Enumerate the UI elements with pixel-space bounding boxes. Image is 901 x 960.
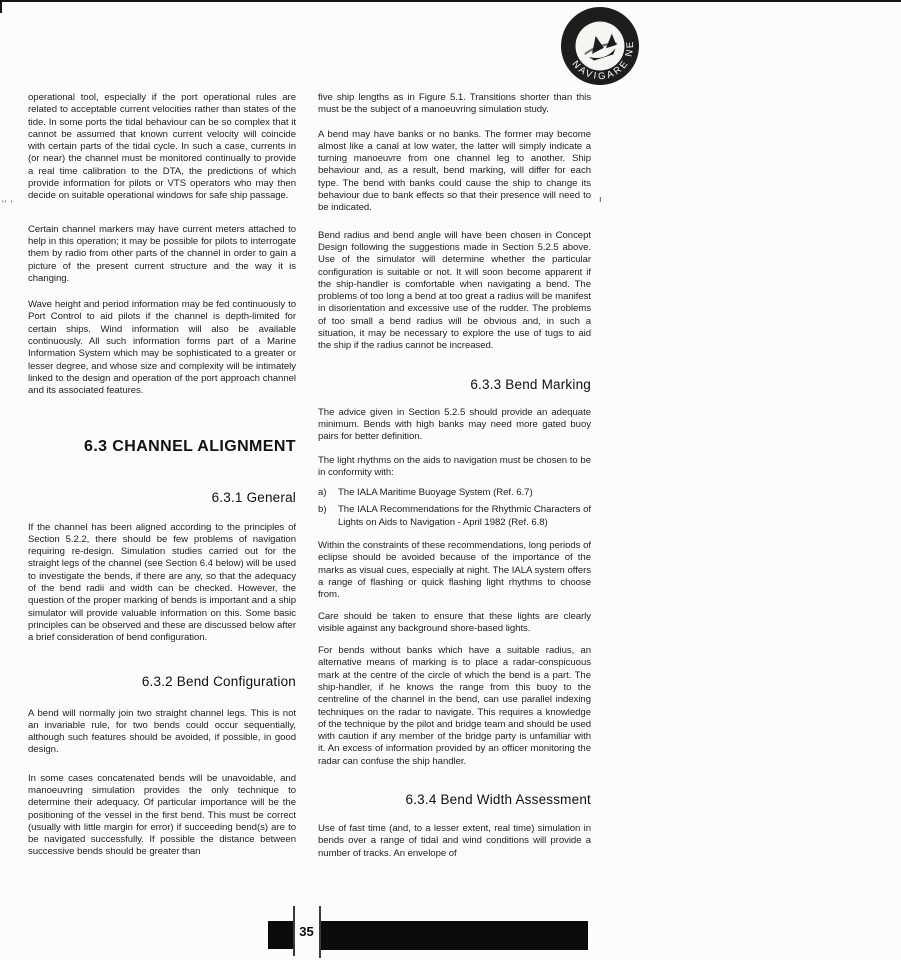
paragraph: The advice given in Section 5.2.5 should… (318, 407, 591, 444)
navigare-stamp-logo: NAVIGARE NE (550, 2, 650, 90)
page-left-tick (0, 0, 2, 13)
paragraph: Within the constraints of these recommen… (318, 540, 591, 601)
paragraph: operational tool, especially if the port… (28, 92, 296, 203)
paragraph: Bend radius and bend angle will have bee… (318, 230, 591, 353)
paragraph: In some cases concatenated bends will be… (28, 773, 296, 859)
left-column: operational tool, especially if the port… (28, 92, 296, 859)
subsection-heading-bend-marking: 6.3.3 Bend Marking (318, 377, 591, 392)
list-marker: a) (318, 487, 338, 499)
list-item-text: The IALA Maritime Buoyage System (Ref. 6… (338, 487, 591, 499)
list-item-text: The IALA Recommendations for the Rhythmi… (338, 504, 591, 529)
paragraph: Wave height and period information may b… (28, 299, 296, 397)
subsection-heading-bend-configuration: 6.3.2 Bend Configuration (28, 674, 296, 689)
list-marker: b) (318, 504, 338, 529)
paragraph: If the channel has been aligned accordin… (28, 522, 296, 645)
paragraph: A bend may have banks or no banks. The f… (318, 129, 591, 215)
footer-black-bar (321, 921, 588, 950)
paragraph: A bend will normally join two straight c… (28, 708, 296, 757)
subsection-heading-bend-width-assessment: 6.3.4 Bend Width Assessment (318, 792, 591, 807)
page-number: 35 (293, 924, 320, 939)
right-column: five ship lengths as in Figure 5.1. Tran… (318, 92, 591, 860)
list-item-a: a) The IALA Maritime Buoyage System (Ref… (318, 487, 591, 499)
paragraph: The light rhythms on the aids to navigat… (318, 455, 591, 480)
paragraph: Certain channel markers may have current… (28, 224, 296, 285)
paragraph: Use of fast time (and, to a lesser exten… (318, 823, 591, 860)
subsection-heading-general: 6.3.1 General (28, 490, 296, 505)
paragraph: Care should be taken to ensure that thes… (318, 611, 591, 636)
paragraph: five ship lengths as in Figure 5.1. Tran… (318, 92, 591, 117)
scan-artifact-marks: '' ' (2, 199, 14, 209)
scan-artifact-tick: ı (599, 194, 602, 204)
stamp-emblem-icon: NAVIGARE NE (550, 2, 650, 90)
page-top-rule (0, 0, 901, 2)
list-item-b: b) The IALA Recommendations for the Rhyt… (318, 504, 591, 529)
footer-black-square (268, 921, 293, 949)
section-heading-channel-alignment: 6.3 CHANNEL ALIGNMENT (28, 438, 296, 456)
paragraph: For bends without banks which have a sui… (318, 645, 591, 768)
